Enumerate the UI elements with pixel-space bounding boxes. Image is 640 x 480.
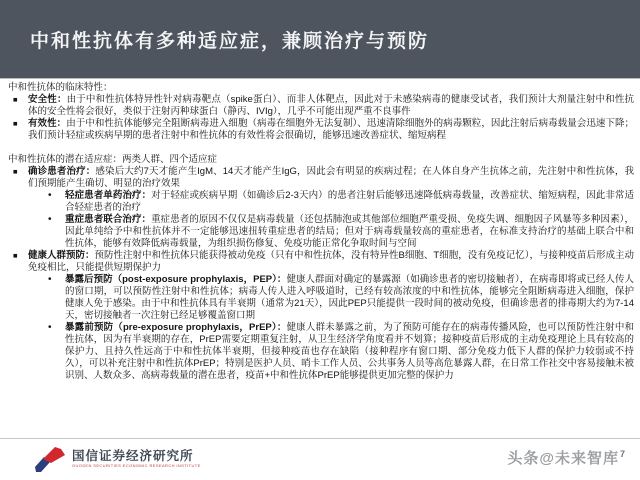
- line-spacer: [8, 142, 634, 154]
- sub-bullet-item: •暴露前预防（pre-exposure prophylaxis，PrEP）：健康…: [8, 322, 634, 382]
- slide-title-band: 中和性抗体有多种适应症，兼顾治疗与预防: [0, 0, 640, 79]
- guosen-logo-text: 国信证券经济研究所 GUOSEN SECURITIES ECONOMIC RES…: [72, 450, 201, 469]
- logo-name-en: GUOSEN SECURITIES ECONOMIC RESEARCH INST…: [72, 463, 201, 469]
- item-lead-term: 确诊患者治疗：: [28, 166, 95, 177]
- item-text: 健康人群预防：预防性注射中和性抗体只能获得被动免疫（只有中和性抗体，没有特异性B…: [28, 250, 634, 273]
- square-bullet-icon: ■: [13, 166, 18, 178]
- item-lead-term: 重症患者联合治疗：: [65, 214, 151, 225]
- item-text: 确诊患者治疗：感染后大约7天才能产生IgM、14天才能产生IgG，因此会有明显的…: [28, 166, 634, 189]
- dot-bullet-icon: •: [48, 322, 52, 334]
- slide-body-text: 中和性抗体的临床特性：■安全性：由于中和性抗体特异性针对病毒靶点（spike蛋白…: [8, 82, 634, 382]
- item-lead-term: 安全性：: [28, 94, 67, 105]
- sub-bullet-item: •重症患者联合治疗：重症患者的原因不仅仅是病毒载量（还包括肺泡或其他部位细胞严重…: [8, 214, 634, 250]
- bullet-item: ■安全性：由于中和性抗体特异性针对病毒靶点（spike蛋白）、而非人体靶点，因此…: [8, 94, 634, 118]
- item-lead-term: 健康人群预防：: [28, 250, 95, 261]
- dot-bullet-icon: •: [48, 190, 52, 202]
- section-heading: 中和性抗体的潜在适应症：两类人群、四个适应症: [8, 154, 634, 166]
- item-text: 安全性：由于中和性抗体特异性针对病毒靶点（spike蛋白）、而非人体靶点，因此对…: [28, 94, 634, 117]
- footer-divider: [0, 438, 640, 439]
- guosen-logo-icon: [34, 446, 66, 473]
- item-lead-term: 暴露后预防（post-exposure prophylaxis，PEP）：: [65, 274, 286, 285]
- item-text: 暴露后预防（post-exposure prophylaxis，PEP）：健康人…: [65, 274, 634, 321]
- section-heading: 中和性抗体的临床特性：: [8, 82, 634, 94]
- item-text: 中和性抗体的临床特性：: [8, 82, 113, 93]
- item-text: 中和性抗体的潜在适应症：两类人群、四个适应症: [8, 154, 217, 165]
- bullet-item: ■有效性：由于中和性抗体能够完全阻断病毒进入细胞（病毒在细胞外无法复制）、迅速清…: [8, 118, 634, 142]
- watermark: 头条@未来智库7: [507, 447, 626, 468]
- report-slide-page: 中和性抗体有多种适应症，兼顾治疗与预防 中和性抗体的临床特性：■安全性：由于中和…: [0, 0, 640, 480]
- item-text: 重症患者联合治疗：重症患者的原因不仅仅是病毒载量（还包括肺泡或其他部位细胞严重受…: [65, 214, 634, 249]
- item-lead-term: 轻症患者单药治疗：: [65, 190, 151, 201]
- square-bullet-icon: ■: [13, 118, 18, 130]
- item-lead-term: 暴露前预防（pre-exposure prophylaxis，PrEP）：: [65, 322, 287, 333]
- square-bullet-icon: ■: [13, 94, 18, 106]
- sub-bullet-item: •暴露后预防（post-exposure prophylaxis，PEP）：健康…: [8, 274, 634, 322]
- watermark-text: 头条@未来智库: [507, 450, 619, 467]
- item-text: 轻症患者单药治疗：对于轻症或疾病早期（如确诊后2-3天内）的患者注射后能够迅速降…: [65, 190, 634, 213]
- dot-bullet-icon: •: [48, 274, 52, 286]
- page-title: 中和性抗体有多种适应症，兼顾治疗与预防: [30, 26, 429, 53]
- dot-bullet-icon: •: [48, 214, 52, 226]
- page-number: 7: [620, 449, 626, 459]
- logo-name-cn: 国信证券经济研究所: [72, 450, 201, 463]
- sub-bullet-item: •轻症患者单药治疗：对于轻症或疾病早期（如确诊后2-3天内）的患者注射后能够迅速…: [8, 190, 634, 214]
- item-text: 有效性：由于中和性抗体能够完全阻断病毒进入细胞（病毒在细胞外无法复制）、迅速清除…: [28, 118, 634, 141]
- bullet-item: ■确诊患者治疗：感染后大约7天才能产生IgM、14天才能产生IgG，因此会有明显…: [8, 166, 634, 190]
- item-text: 暴露前预防（pre-exposure prophylaxis，PrEP）：健康人…: [65, 322, 634, 381]
- square-bullet-icon: ■: [13, 250, 18, 262]
- item-lead-term: 有效性：: [28, 118, 66, 129]
- guosen-logo: 国信证券经济研究所 GUOSEN SECURITIES ECONOMIC RES…: [34, 446, 201, 473]
- bullet-item: ■健康人群预防：预防性注射中和性抗体只能获得被动免疫（只有中和性抗体，没有特异性…: [8, 250, 634, 274]
